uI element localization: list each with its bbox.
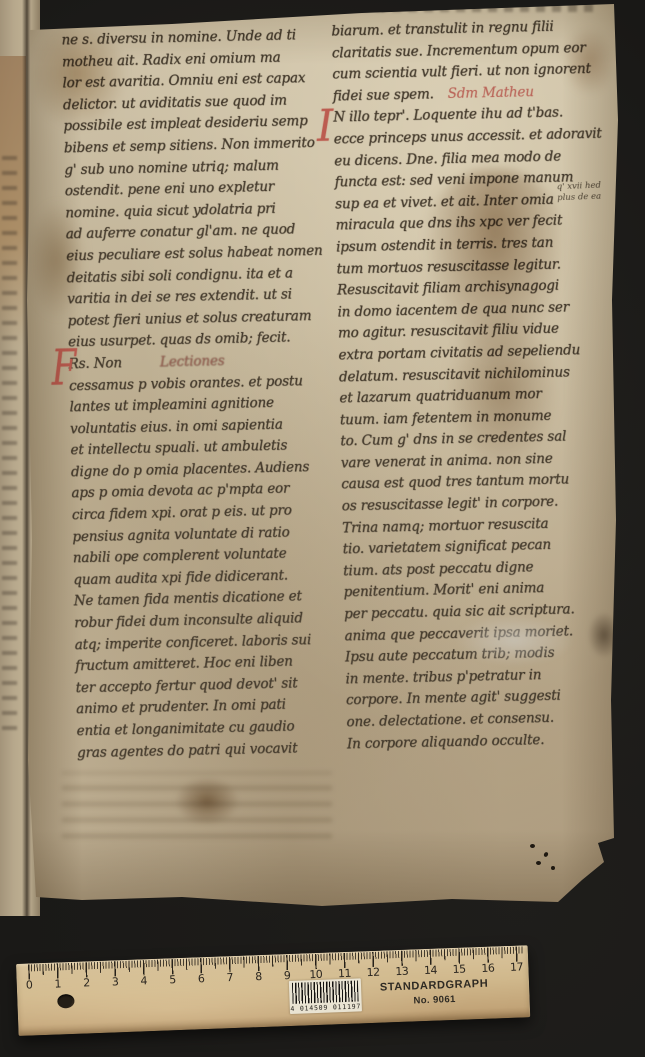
ruler-cm-number: 12 bbox=[359, 965, 388, 979]
ink-speck bbox=[551, 866, 555, 870]
photo-stage: ne s. diversu in nomine. Unde ad timothe… bbox=[0, 0, 645, 1057]
faded-red-rubric: Lectiones bbox=[160, 353, 225, 370]
wooden-ruler: 01234567891011121314151617 4 014509 0111… bbox=[16, 945, 530, 1036]
ruler-cm-number: 7 bbox=[215, 971, 244, 985]
initial-letter-I: I bbox=[316, 102, 334, 152]
gospel-rubric: Sdm Matheu bbox=[448, 84, 535, 102]
marginal-gloss-line: plus de ea bbox=[557, 191, 627, 205]
left-text-column: ne s. diversu in nomine. Unde ad timothe… bbox=[61, 25, 339, 765]
ruler-cm-number: 0 bbox=[15, 978, 44, 992]
right-column-block1: biarum. et transtulit in regnu filiiclar… bbox=[331, 15, 618, 86]
ruler-model-number: No. 9061 bbox=[369, 992, 499, 1008]
ruler-cm-number: 15 bbox=[445, 962, 474, 976]
ruler-cm-number: 6 bbox=[187, 972, 216, 986]
marginal-gloss: q' xvii hed plus de ea bbox=[557, 180, 628, 205]
manuscript-page: ne s. diversu in nomine. Unde ad timothe… bbox=[22, 0, 622, 912]
barcode: 4 014509 011197 bbox=[289, 978, 362, 1014]
ruler-cm-number: 4 bbox=[129, 974, 158, 988]
ruler-cm-number: 3 bbox=[101, 975, 130, 989]
ruler-brand-name: STANDARDGRAPH bbox=[369, 977, 499, 994]
ruler-cm-number: 16 bbox=[473, 961, 502, 975]
ruler-brand: STANDARDGRAPH No. 9061 bbox=[369, 977, 500, 1008]
rubric-preceding-text: fidei sue spem. bbox=[333, 86, 434, 104]
barcode-bars bbox=[292, 980, 359, 1003]
ruler-cm-number: 1 bbox=[43, 977, 72, 991]
ruler-cm-number: 14 bbox=[416, 963, 445, 977]
ruler-hole bbox=[57, 994, 75, 1009]
initial-letter-F: F bbox=[51, 342, 77, 393]
adjacent-page-text-traces bbox=[2, 150, 17, 730]
ruler-cm-number: 17 bbox=[502, 960, 531, 974]
ink-speck bbox=[530, 844, 535, 848]
ink-speck bbox=[536, 861, 541, 865]
ruler-cm-number: 5 bbox=[158, 973, 187, 987]
page-content: ne s. diversu in nomine. Unde ad timothe… bbox=[21, 0, 641, 913]
manuscript-text-line: gras agentes do patri qui vocavit bbox=[77, 737, 339, 764]
ruler-cm-number: 2 bbox=[72, 976, 101, 990]
ruler-cm-number: 13 bbox=[387, 964, 416, 978]
ruler-cm-number: 8 bbox=[244, 970, 273, 984]
left-column-block2: cessamus p vobis orantes. et postulantes… bbox=[69, 370, 339, 764]
left-column-block1: ne s. diversu in nomine. Unde ad timothe… bbox=[61, 25, 330, 355]
right-text-column: biarum. et transtulit in regnu filiiclar… bbox=[331, 15, 633, 755]
